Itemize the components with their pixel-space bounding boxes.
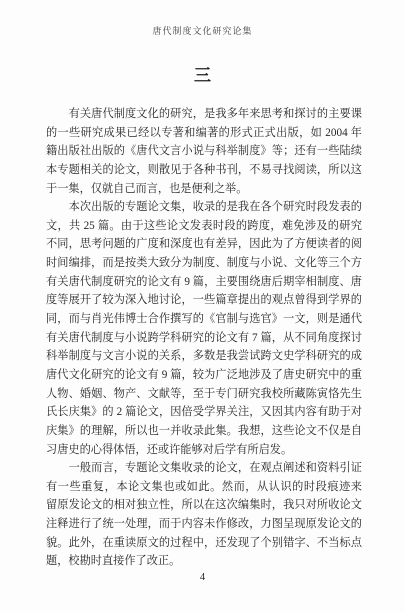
body-text: 有关唐代制度文化的研究，是我多年来思考和探讨的主要课题，其中的一些研究成果已经以… <box>46 105 362 571</box>
text-line: 不同，思考问题的广度和深度也有差异，因此为了方便读者的阅览，未按 <box>46 235 362 254</box>
text-line: 庆集》的理解，所以也一并收录此集。我想，这些论文不仅是自己长期研 <box>46 422 362 441</box>
text-line: 有关唐代制度文化的研究，是我多年来思考和探讨的主要课题，其中 <box>46 105 362 124</box>
text-line: 貌。此外，在重读原文的过程中，还发现了个别错字、不当标点符号等问 <box>46 534 362 553</box>
text-line: 籍出版社出版的《唐代文言小说与科举制度》等；还有一些陆续发表的与 <box>46 142 362 161</box>
book-page: 唐代制度文化研究论集 三 有关唐代制度文化的研究，是我多年来思考和探讨的主要课题… <box>0 0 405 613</box>
text-line: 习唐史的心得体悟，还或许能够对后学有所启发。 <box>46 441 362 460</box>
page-number: 4 <box>0 572 405 583</box>
text-line: 有关唐代制度与小说跨学科研究的论文有 7 篇，从不同角度探讨了唐代 <box>46 329 362 348</box>
text-line: 文，共 25 篇。由于这些论文发表时段的跨度，难免涉及的研究领域略有 <box>46 217 362 236</box>
text-line: 科举制度与文言小说的关系，多数是我尝试跨文史学科研究的成果；有关 <box>46 347 362 366</box>
text-line: 人物、婚姻、物产、文献等，至于专门研究我校所藏陈寅恪先生批注本《白 <box>46 385 362 404</box>
text-line: 于一集，仅就自己而言，也是便利之举。 <box>46 180 362 199</box>
text-line: 本专题相关的论文，则散见于各种书刊，不易寻找阅读，所以这次合诸文 <box>46 161 362 180</box>
text-line: 本次出版的专题论文集，收录的是我在各个研究时段发表的相关论 <box>46 198 362 217</box>
text-line: 一般而言，专题论文集收录的论文，在观点阐述和资料引证上难免会 <box>46 459 362 478</box>
running-head: 唐代制度文化研究论集 <box>0 24 405 38</box>
section-heading: 三 <box>0 63 405 89</box>
text-line: 氏长庆集》的 2 篇论文，因倍受学界关注，又因其内容有助于对《白氏长 <box>46 403 362 422</box>
text-line: 时间编排，而是按类大致分为制度、制度与小说、文化等三个方面。其中 <box>46 254 362 273</box>
text-line: 度等展开了较为深入地讨论，一些篇章提出的观点曾得到学界的广泛认 <box>46 291 362 310</box>
text-line: 有一些重复，本论文集也或如此。然而，从认识的时段痕迹来看，理应保 <box>46 478 362 497</box>
text-line: 题，校勘时直接作了改正。 <box>46 552 362 571</box>
text-line: 唐代文化研究的论文有 9 篇，较为广泛地涉及了唐史研究中的重要事件、 <box>46 366 362 385</box>
text-line: 同，而与肖光伟博士合作撰写的《官制与选官》一文，则是通代性的述论； <box>46 310 362 329</box>
text-line: 的一些研究成果已经以专著和编著的形式正式出版，如 2004 年由上海古 <box>46 124 362 143</box>
text-line: 注释进行了统一处理，而于内容未作修改，力图呈现原发论文的本来面 <box>46 515 362 534</box>
text-line: 有关唐代制度研究的论文有 9 篇，主要围绕唐后期宰相制度、唐代科举制 <box>46 273 362 292</box>
text-line: 留原发论文的相对独立性，所以在这次编集时，我只对所收论文的格式和 <box>46 496 362 515</box>
